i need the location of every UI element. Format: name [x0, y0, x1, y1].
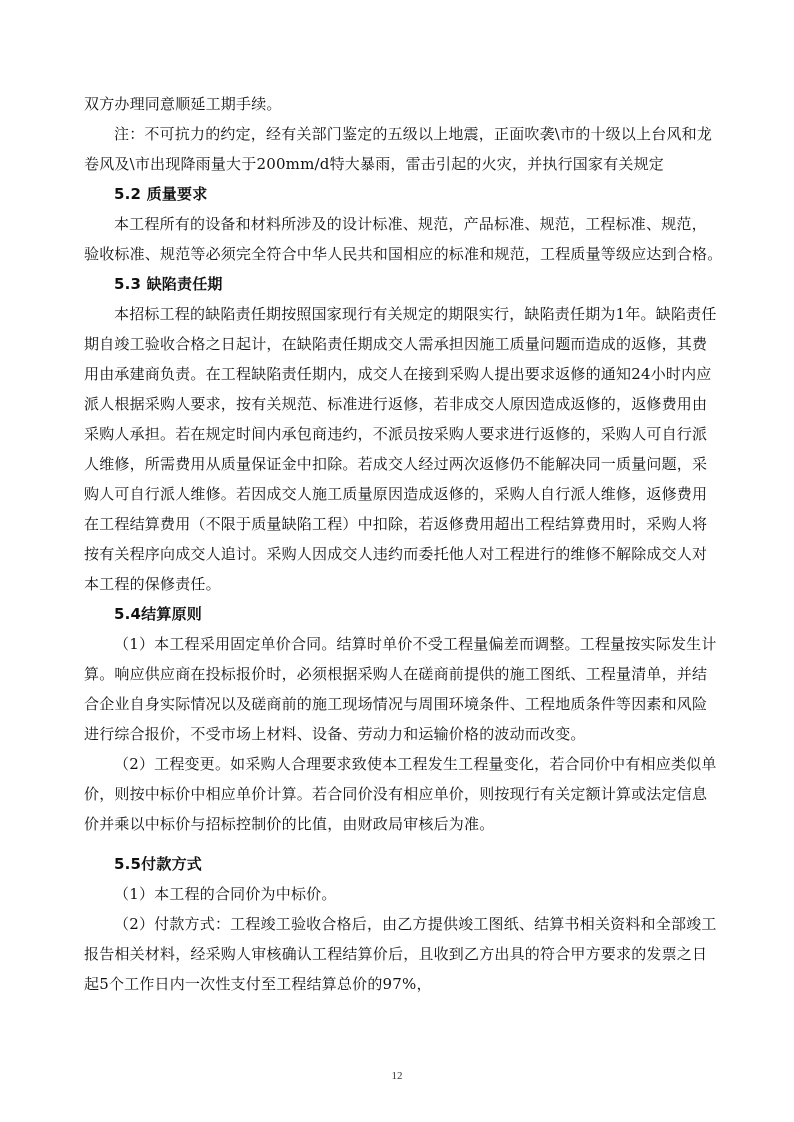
document-page: 双方办理同意顺延工期手续。 注：不可抗力的约定，经有关部门鉴定的五级以上地震，正…: [0, 0, 794, 1122]
body-line: 本工程所有的设备和材料所涉及的设计标准、规范，产品标准、规范，工程标准、规范，: [114, 214, 707, 234]
body-line: 报告相关材料，经采购人审核确认工程结算价后，且收到乙方出具的符合甲方要求的发票之…: [84, 944, 707, 964]
body-line: 双方办理同意顺延工期手续。: [84, 94, 282, 114]
body-line: （1）本工程采用固定单价合同。结算时单价不受工程量偏差而调整。工程量按实际发生计: [114, 634, 717, 654]
body-line: 价并乘以中标价与招标控制价的比值，由财政局审核后为准。: [84, 814, 494, 834]
body-line: 本工程的保修责任。: [84, 574, 221, 594]
body-line: 进行综合报价，不受市场上材料、设备、劳动力和运输价格的波动而改变。: [84, 724, 586, 744]
body-line: 采购人承担。若在规定时间内承包商违约，不派员按采购人要求进行返修的，采购人可自行…: [84, 424, 707, 444]
body-line: 算。响应供应商在投标报价时，必须根据采购人在磋商前提供的施工图纸、工程量清单，并…: [84, 664, 707, 684]
body-line: 购人可自行派人维修。若因成交人施工质量原因造成返修的，采购人自行派人维修，返修费…: [84, 484, 707, 504]
section-heading-5-4: 5.4结算原则: [114, 604, 202, 624]
body-line: 验收标准、规范等必须完全符合中华人民共和国相应的标准和规范，工程质量等级应达到合…: [84, 244, 722, 264]
section-heading-5-2: 5.2 质量要求: [114, 184, 207, 204]
body-line: 用由承建商负责。在工程缺陷责任期内，成交人在接到采购人提出要求返修的通知24小时…: [84, 364, 712, 384]
body-line: 注：不可抗力的约定，经有关部门鉴定的五级以上地震，正面吹袭\市的十级以上台风和龙: [114, 124, 712, 144]
body-line: 起5个工作日内一次性支付至工程结算总价的97%，: [84, 974, 432, 994]
body-line: 本招标工程的缺陷责任期按照国家现行有关规定的期限实行，缺陷责任期为1年。缺陷责任: [114, 304, 717, 324]
body-line: 卷风及\市出现降雨量大于200mm/d特大暴雨，雷击引起的火灾，并执行国家有关规…: [84, 154, 664, 174]
section-heading-5-5: 5.5付款方式: [114, 854, 202, 874]
body-line: （2）工程变更。如采购人合理要求致使本工程发生工程量变化，若合同价中有相应类似单: [114, 754, 717, 774]
section-heading-5-3: 5.3 缺陷责任期: [114, 274, 223, 294]
body-line: 人维修，所需费用从质量保证金中扣除。若成交人经过两次返修仍不能解决同一质量问题，…: [84, 454, 707, 474]
body-line: 按有关程序向成交人追讨。采购人因成交人违约而委托他人对工程进行的维修不解除成交人…: [84, 544, 707, 564]
body-line: 在工程结算费用（不限于质量缺陷工程）中扣除，若返修费用超出工程结算费用时，采购人…: [84, 514, 707, 534]
body-line: 合企业自身实际情况以及磋商前的施工现场情况与周围环境条件、工程地质条件等因素和风…: [84, 694, 707, 714]
body-line: 期自竣工验收合格之日起计，在缺陷责任期成交人需承担因施工质量问题而造成的返修，其…: [84, 334, 707, 354]
body-line: 派人根据采购人要求，按有关规范、标准进行返修，若非成交人原因造成返修的，返修费用…: [84, 394, 707, 414]
body-line: 价，则按中标价中相应单价计算。若合同价没有相应单价，则按现行有关定额计算或法定信…: [84, 784, 707, 804]
body-line: （2）付款方式：工程竣工验收合格后，由乙方提供竣工图纸、结算书相关资料和全部竣工: [114, 914, 717, 934]
page-number: 12: [0, 1070, 794, 1082]
body-line: （1）本工程的合同价为中标价。: [114, 884, 337, 904]
